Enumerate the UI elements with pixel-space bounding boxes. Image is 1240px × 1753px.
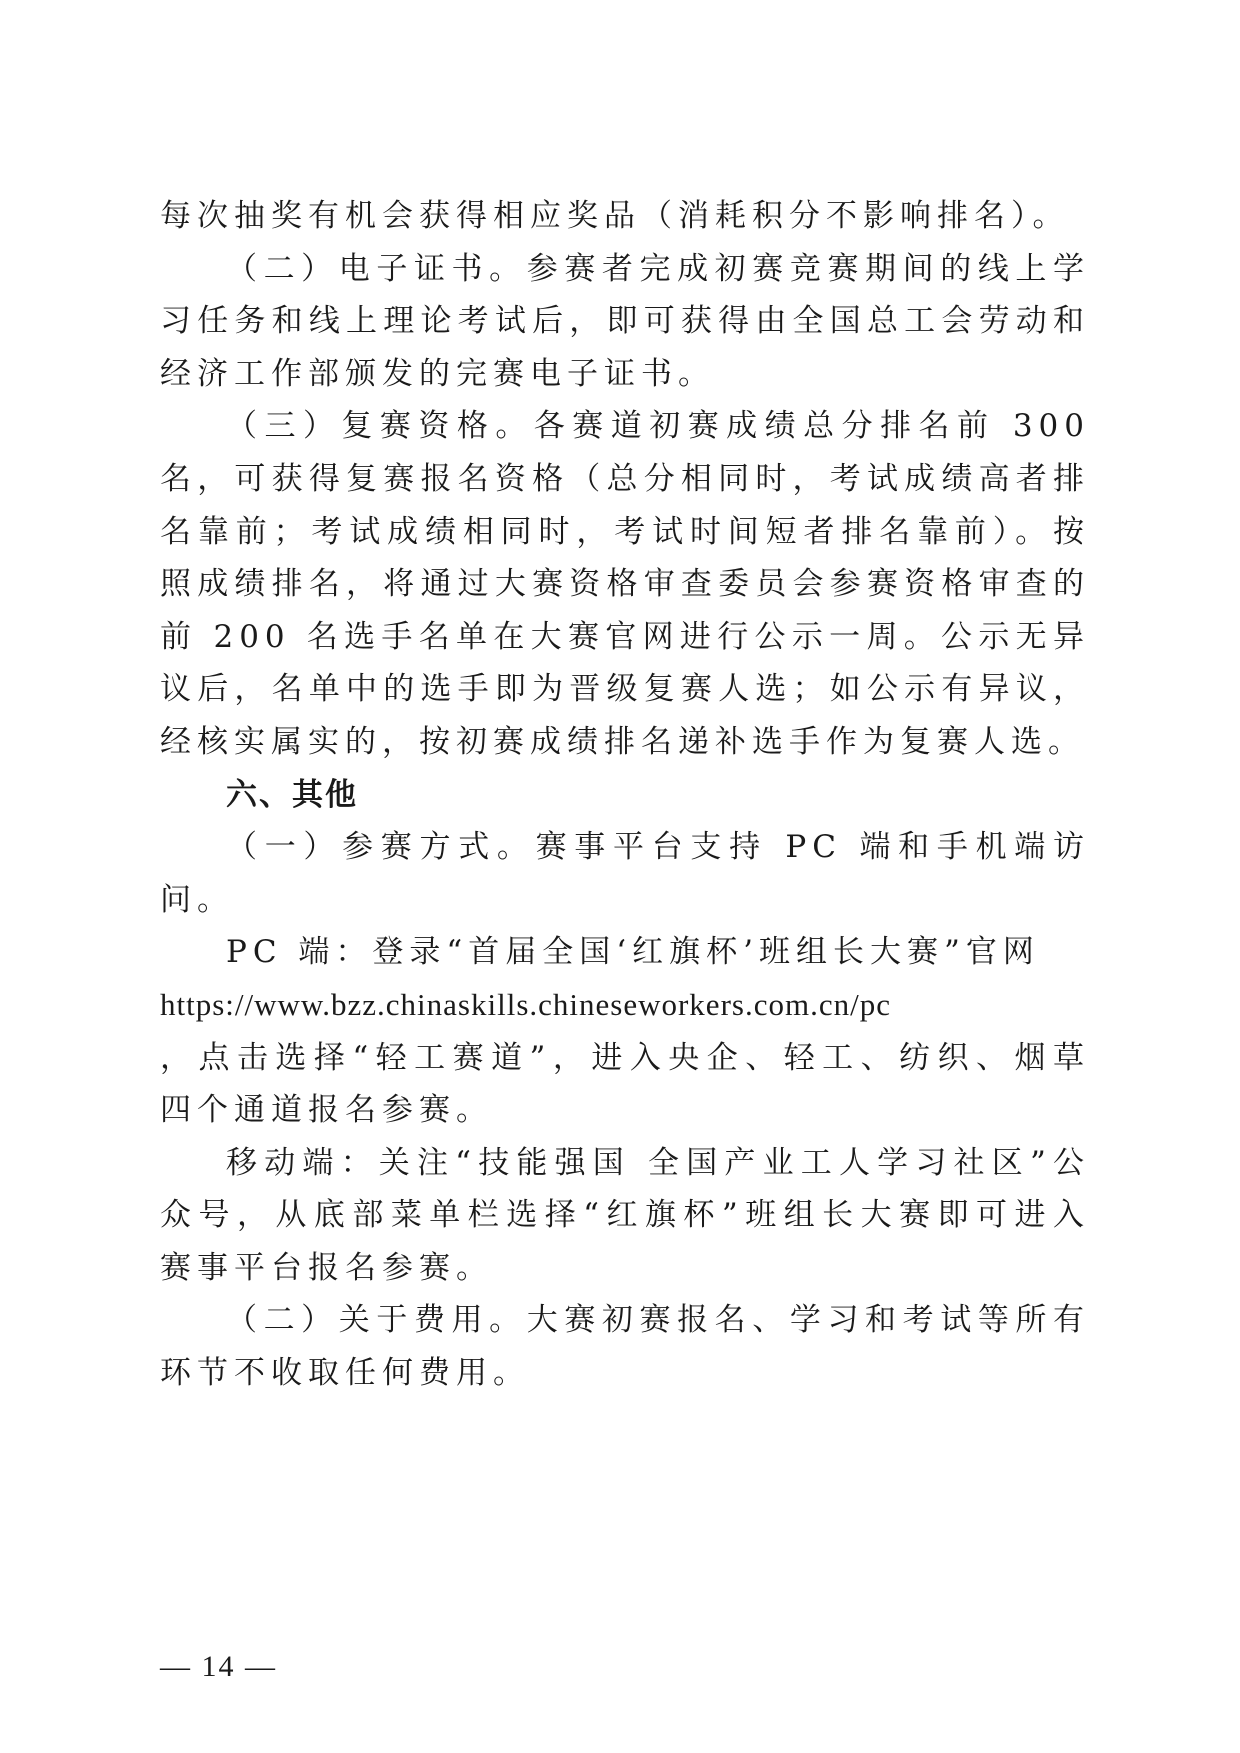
paragraph-mobile-access: 移动端：关注“技能强国 全国产业工人学习社区”公众号，从底部菜单栏选择“红旗杯”…	[160, 1137, 1090, 1295]
paragraph-semifinal-qualification: （三）复赛资格。各赛道初赛成绩总分排名前 300 名，可获得复赛报名资格（总分相…	[160, 400, 1090, 768]
document-page: 每次抽奖有机会获得相应奖品（消耗积分不影响排名）。 （二）电子证书。参赛者完成初…	[0, 0, 1240, 1753]
paragraph-e-certificate: （二）电子证书。参赛者完成初赛竞赛期间的线上学习任务和线上理论考试后，即可获得由…	[160, 243, 1090, 401]
paragraph-fees: （二）关于费用。大赛初赛报名、学习和考试等所有环节不收取任何费用。	[160, 1294, 1090, 1399]
paragraph-prize-draw: 每次抽奖有机会获得相应奖品（消耗积分不影响排名）。	[160, 190, 1090, 243]
page-number: — 14 —	[160, 1650, 277, 1684]
section-heading-other: 六、其他	[160, 769, 1090, 822]
paragraph-select-track: ，点击选择“轻工赛道”，进入央企、轻工、纺织、烟草四个通道报名参赛。	[160, 1032, 1090, 1137]
paragraph-pc-access: PC 端：登录“首届全国‘红旗杯’班组长大赛”官网	[160, 926, 1090, 979]
document-body: 每次抽奖有机会获得相应奖品（消耗积分不影响排名）。 （二）电子证书。参赛者完成初…	[160, 190, 1090, 1400]
official-website-link[interactable]: https://www.bzz.chinaskills.chineseworke…	[160, 979, 1090, 1032]
paragraph-participation-method: （一）参赛方式。赛事平台支持 PC 端和手机端访问。	[160, 821, 1090, 926]
